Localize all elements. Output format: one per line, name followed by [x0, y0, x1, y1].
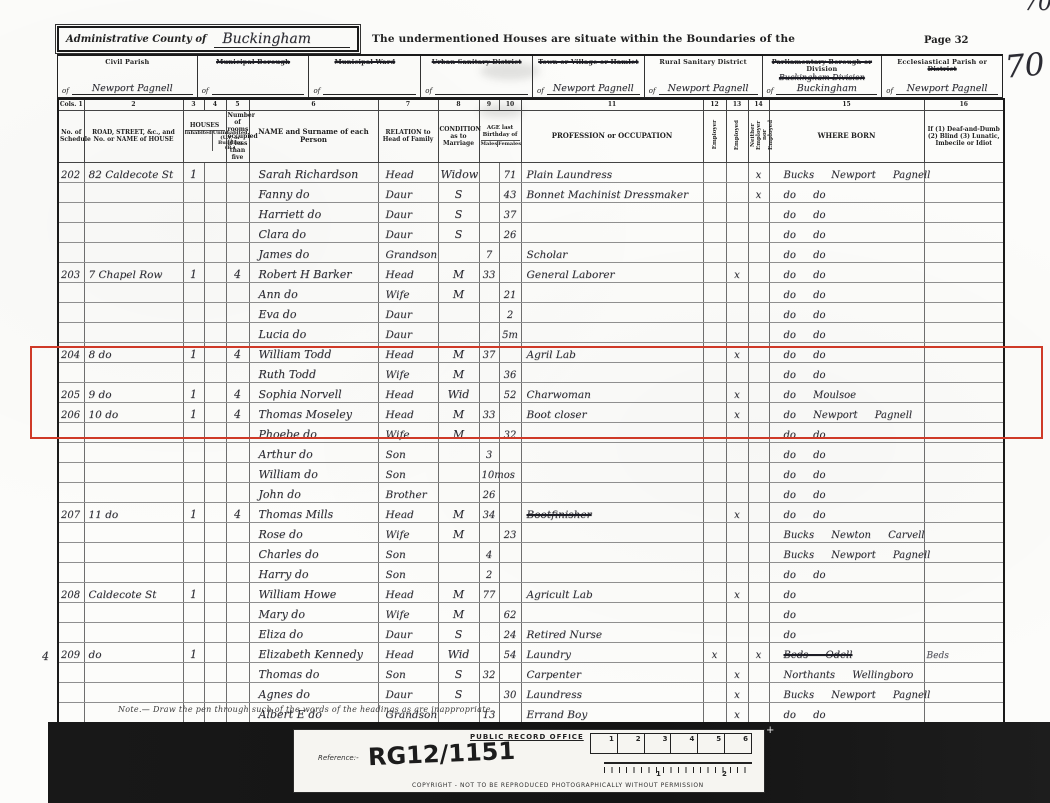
- cell-occ: [521, 202, 703, 222]
- cell-schedule: 202: [58, 162, 84, 182]
- cell-born: Bucks Newport Pagnell: [769, 682, 924, 702]
- cell-born: do do: [769, 222, 924, 242]
- cell-age_m: [479, 202, 499, 222]
- cell-relation: Daur: [378, 302, 438, 322]
- cell-name: Charles do: [249, 542, 378, 562]
- census-row: 209do1Elizabeth KennedyHeadWid54Laundryx…: [58, 642, 1004, 662]
- cell-age_f: 24: [499, 622, 521, 642]
- cell-age_m: 33: [479, 262, 499, 282]
- cell-employer: x: [703, 642, 726, 662]
- cell-name: John do: [249, 482, 378, 502]
- census-row: John doBrother26do do: [58, 482, 1004, 502]
- highlight-box: [30, 346, 1043, 439]
- cell-employer: [703, 322, 726, 342]
- cell-occ: Errand Boy: [521, 702, 703, 722]
- cell-occ: [521, 282, 703, 302]
- cell-address: [84, 522, 183, 542]
- cell-inh: [183, 662, 204, 682]
- census-row: Harry doSon2do do: [58, 562, 1004, 582]
- cell-age_m: [479, 622, 499, 642]
- header-houses: HOUSES Inhabited Uninhabited (U.), or Bu…: [183, 110, 226, 162]
- district-cell: Town or Village or HamletofNewport Pagne…: [533, 56, 645, 97]
- census-row: Thomas doSonS32CarpenterxNorthants Welli…: [58, 662, 1004, 682]
- cell-schedule: 207: [58, 502, 84, 522]
- cell-address: [84, 462, 183, 482]
- cell-address: [84, 202, 183, 222]
- cell-age_m: [479, 602, 499, 622]
- cell-relation: Wife: [378, 522, 438, 542]
- cell-inh: [183, 182, 204, 202]
- cm-ruler: 1 2: [604, 762, 752, 779]
- cell-rooms: 4: [226, 502, 249, 522]
- cell-infirm: [924, 542, 1004, 562]
- cell-occ: Bootfinisher: [521, 502, 703, 522]
- census-row: Lucia doDaur5mdo do: [58, 322, 1004, 342]
- cell-inh: [183, 522, 204, 542]
- cell-inh: [183, 542, 204, 562]
- cell-infirm: [924, 162, 1004, 182]
- cell-employer: [703, 262, 726, 282]
- cell-name: Fanny do: [249, 182, 378, 202]
- cell-neither: x: [748, 182, 769, 202]
- header-employed: Employed: [726, 110, 748, 162]
- cell-employer: [703, 662, 726, 682]
- district-cell: Parliamentary Borough orDivisionBuckingh…: [763, 56, 883, 97]
- cell-cond: [438, 562, 479, 582]
- cell-name: Lucia do: [249, 322, 378, 342]
- cell-relation: Daur: [378, 222, 438, 242]
- cell-age_m: [479, 182, 499, 202]
- cell-cond: S: [438, 182, 479, 202]
- cell-cond: Widow: [438, 162, 479, 182]
- census-row: Charles doSon4Bucks Newport Pagnell: [58, 542, 1004, 562]
- cell-rooms: [226, 162, 249, 182]
- cell-age_m: 32: [479, 662, 499, 682]
- cell-infirm: [924, 522, 1004, 542]
- cell-infirm: [924, 662, 1004, 682]
- cell-relation: Head: [378, 582, 438, 602]
- cell-age_f: 62: [499, 602, 521, 622]
- cell-employer: [703, 282, 726, 302]
- cell-address: [84, 562, 183, 582]
- col-number: 15: [769, 99, 924, 110]
- crop-mark: +: [766, 725, 774, 736]
- census-row: James doGrandson7Scholardo do: [58, 242, 1004, 262]
- col-number: 6: [249, 99, 378, 110]
- cell-neither: [748, 542, 769, 562]
- cell-uninh: [204, 222, 226, 242]
- cell-relation: Daur: [378, 682, 438, 702]
- header-occupation: PROFESSION or OCCUPATION: [521, 110, 703, 162]
- cell-inh: [183, 302, 204, 322]
- cell-name: James do: [249, 242, 378, 262]
- cell-employed: x: [726, 502, 748, 522]
- header-where-born: WHERE BORN: [769, 110, 924, 162]
- header-name: NAME and Surname of each Person: [249, 110, 378, 162]
- cell-schedule: 203: [58, 262, 84, 282]
- cell-relation: Daur: [378, 182, 438, 202]
- cell-address: [84, 442, 183, 462]
- cell-age_f: 23: [499, 522, 521, 542]
- cell-inh: [183, 482, 204, 502]
- cell-name: Robert H Barker: [249, 262, 378, 282]
- county-label: Administrative County of: [66, 34, 206, 45]
- col-number: 14: [748, 99, 769, 110]
- col-number: 12: [703, 99, 726, 110]
- cell-name: Sarah Richardson: [249, 162, 378, 182]
- col-number: 5: [226, 99, 249, 110]
- cell-employed: x: [726, 262, 748, 282]
- col-number: 7: [378, 99, 438, 110]
- cell-schedule: 209: [58, 642, 84, 662]
- census-row: 2037 Chapel Row14Robert H BarkerHeadM33G…: [58, 262, 1004, 282]
- cell-address: [84, 282, 183, 302]
- cell-neither: [748, 682, 769, 702]
- cell-infirm: [924, 442, 1004, 462]
- cell-occ: [521, 302, 703, 322]
- inch-ruler-segment: 1: [591, 734, 618, 753]
- cell-age_f: 71: [499, 162, 521, 182]
- cell-relation: Wife: [378, 282, 438, 302]
- cell-rooms: [226, 582, 249, 602]
- cell-inh: 1: [183, 502, 204, 522]
- cell-name: Harry do: [249, 562, 378, 582]
- cell-age_m: [479, 522, 499, 542]
- col-number: Cols. 1: [58, 99, 84, 110]
- record-office-card: PUBLIC RECORD OFFICE Reference:- RG12/11…: [293, 729, 765, 793]
- cell-age_m: 4: [479, 542, 499, 562]
- cell-rooms: [226, 462, 249, 482]
- census-row: 20282 Caldecote St1Sarah RichardsonHeadW…: [58, 162, 1004, 182]
- cell-address: [84, 662, 183, 682]
- col-number: 13: [726, 99, 748, 110]
- cell-cond: S: [438, 662, 479, 682]
- cell-schedule: [58, 522, 84, 542]
- cell-neither: [748, 282, 769, 302]
- cell-uninh: [204, 582, 226, 602]
- cell-infirm: [924, 222, 1004, 242]
- cell-occ: Scholar: [521, 242, 703, 262]
- district-cell: Civil ParishofNewport Pagnell: [58, 56, 198, 97]
- cell-rooms: [226, 442, 249, 462]
- cell-uninh: [204, 262, 226, 282]
- census-row: Clara doDaurS26do do: [58, 222, 1004, 242]
- census-row: Eliza doDaurS24Retired Nursedo: [58, 622, 1004, 642]
- cell-address: [84, 482, 183, 502]
- cell-schedule: [58, 482, 84, 502]
- cell-occ: Carpenter: [521, 662, 703, 682]
- cell-age_m: [479, 282, 499, 302]
- copyright-line: COPYRIGHT - NOT TO BE REPRODUCED PHOTOGR…: [412, 782, 704, 789]
- cell-infirm: [924, 582, 1004, 602]
- cell-cond: M: [438, 282, 479, 302]
- col-number: 11: [521, 99, 703, 110]
- cell-name: Agnes do: [249, 682, 378, 702]
- cell-employed: [726, 482, 748, 502]
- cell-inh: 1: [183, 642, 204, 662]
- cell-employed: [726, 602, 748, 622]
- cell-infirm: [924, 482, 1004, 502]
- cell-occ: Laundress: [521, 682, 703, 702]
- cell-employer: [703, 502, 726, 522]
- column-numbers-row: Cols. 12345678910111213141516: [58, 99, 1004, 110]
- corner-page-number-top: 70: [1024, 0, 1050, 16]
- district-cell: Municipal Wardof: [309, 56, 421, 97]
- cell-neither: [748, 702, 769, 722]
- cell-inh: 1: [183, 162, 204, 182]
- cell-inh: [183, 602, 204, 622]
- cell-relation: Head: [378, 162, 438, 182]
- census-row: Fanny doDaurS43Bonnet Machinist Dressmak…: [58, 182, 1004, 202]
- cell-cond: M: [438, 262, 479, 282]
- margin-mark: 4: [42, 650, 49, 663]
- cell-occ: Bonnet Machinist Dressmaker: [521, 182, 703, 202]
- cell-name: Ann do: [249, 282, 378, 302]
- cell-born: do do: [769, 462, 924, 482]
- cell-occ: [521, 542, 703, 562]
- col-number: 16: [924, 99, 1004, 110]
- cell-born: do do: [769, 242, 924, 262]
- inch-ruler-segment: 6: [725, 734, 751, 753]
- cell-rooms: [226, 482, 249, 502]
- cell-uninh: [204, 562, 226, 582]
- cell-address: [84, 322, 183, 342]
- cell-relation: Daur: [378, 622, 438, 642]
- cell-rooms: [226, 222, 249, 242]
- cell-neither: [748, 322, 769, 342]
- cell-inh: [183, 242, 204, 262]
- cell-neither: [748, 202, 769, 222]
- cell-name: Mary do: [249, 602, 378, 622]
- cell-rooms: [226, 622, 249, 642]
- cell-employed: x: [726, 582, 748, 602]
- cell-age_m: 2: [479, 562, 499, 582]
- cell-schedule: [58, 662, 84, 682]
- cell-uninh: [204, 682, 226, 702]
- administrative-county-box: Administrative County of Buckingham: [57, 26, 359, 52]
- cell-address: [84, 542, 183, 562]
- cell-age_m: 34: [479, 502, 499, 522]
- cell-age_f: [499, 502, 521, 522]
- cell-name: Eliza do: [249, 622, 378, 642]
- cell-employer: [703, 242, 726, 262]
- cell-uninh: [204, 282, 226, 302]
- cell-inh: [183, 202, 204, 222]
- cell-schedule: 208: [58, 582, 84, 602]
- cell-cond: S: [438, 622, 479, 642]
- cell-rooms: [226, 562, 249, 582]
- cell-infirm: [924, 202, 1004, 222]
- cell-born: do do: [769, 482, 924, 502]
- cell-born: do do: [769, 442, 924, 462]
- cell-employer: [703, 442, 726, 462]
- cell-relation: Brother: [378, 482, 438, 502]
- cell-name: Rose do: [249, 522, 378, 542]
- cell-age_f: 21: [499, 282, 521, 302]
- cell-employed: [726, 542, 748, 562]
- cell-inh: [183, 442, 204, 462]
- cell-schedule: [58, 622, 84, 642]
- cell-uninh: [204, 482, 226, 502]
- cell-name: Harriett do: [249, 202, 378, 222]
- cell-rooms: [226, 642, 249, 662]
- cell-neither: [748, 222, 769, 242]
- cell-cond: M: [438, 502, 479, 522]
- cell-name: Thomas do: [249, 662, 378, 682]
- cell-employed: [726, 302, 748, 322]
- footer-note: Note.— Draw the pen through such of the …: [118, 705, 494, 714]
- cell-age_f: 30: [499, 682, 521, 702]
- cell-inh: [183, 322, 204, 342]
- cell-age_m: [479, 682, 499, 702]
- cell-age_f: [499, 242, 521, 262]
- cell-employer: [703, 202, 726, 222]
- cell-rooms: [226, 202, 249, 222]
- header-employer: Employer: [703, 110, 726, 162]
- cell-schedule: [58, 182, 84, 202]
- cell-uninh: [204, 622, 226, 642]
- cell-infirm: [924, 682, 1004, 702]
- cell-born: do do: [769, 502, 924, 522]
- cell-employed: [726, 522, 748, 542]
- cell-employer: [703, 522, 726, 542]
- cell-employed: x: [726, 682, 748, 702]
- cell-age_m: [479, 642, 499, 662]
- cell-schedule: [58, 222, 84, 242]
- census-row: Eva doDaur2do do: [58, 302, 1004, 322]
- cell-relation: Son: [378, 562, 438, 582]
- cell-schedule: [58, 202, 84, 222]
- cell-infirm: [924, 602, 1004, 622]
- cell-name: Clara do: [249, 222, 378, 242]
- cell-age_f: [499, 262, 521, 282]
- cell-uninh: [204, 442, 226, 462]
- header-road-street: ROAD, STREET, &c., and No. or NAME of HO…: [84, 110, 183, 162]
- cell-rooms: [226, 182, 249, 202]
- cell-age_m: 10mos: [479, 462, 499, 482]
- cell-rooms: [226, 302, 249, 322]
- cell-schedule: [58, 242, 84, 262]
- cell-occ: [521, 222, 703, 242]
- cell-employed: [726, 442, 748, 462]
- cell-age_m: 77: [479, 582, 499, 602]
- cell-age_f: 26: [499, 222, 521, 242]
- cell-born: Bucks Newport Pagnell: [769, 162, 924, 182]
- cell-neither: [748, 582, 769, 602]
- cell-name: William do: [249, 462, 378, 482]
- cell-age_m: [479, 162, 499, 182]
- cell-occ: [521, 442, 703, 462]
- cell-address: [84, 182, 183, 202]
- census-row: Mary doWifeM62do: [58, 602, 1004, 622]
- cell-schedule: [58, 682, 84, 702]
- cell-relation: Daur: [378, 322, 438, 342]
- cell-uninh: [204, 242, 226, 262]
- cell-rooms: [226, 602, 249, 622]
- inch-ruler-segment: 5: [698, 734, 725, 753]
- cell-name: Eva do: [249, 302, 378, 322]
- cell-born: do do: [769, 562, 924, 582]
- cell-infirm: [924, 182, 1004, 202]
- cell-age_m: 26: [479, 482, 499, 502]
- cell-inh: [183, 462, 204, 482]
- cell-occ: [521, 462, 703, 482]
- cell-employer: [703, 602, 726, 622]
- cell-infirm: [924, 302, 1004, 322]
- cell-neither: [748, 242, 769, 262]
- cell-infirm: [924, 262, 1004, 282]
- cell-relation: Head: [378, 262, 438, 282]
- cell-neither: [748, 562, 769, 582]
- boundaries-text: The undermentioned Houses are situate wi…: [372, 33, 795, 45]
- cell-employed: [726, 282, 748, 302]
- column-headers-row: No. of Schedule ROAD, STREET, &c., and N…: [58, 110, 1004, 162]
- cell-schedule: [58, 602, 84, 622]
- cell-employer: [703, 682, 726, 702]
- cell-born: Beds Odell: [769, 642, 924, 662]
- cell-age_f: [499, 702, 521, 722]
- cell-rooms: [226, 322, 249, 342]
- cell-address: Caldecote St: [84, 582, 183, 602]
- cell-neither: [748, 262, 769, 282]
- cell-inh: [183, 282, 204, 302]
- cell-born: do: [769, 582, 924, 602]
- cell-employed: [726, 462, 748, 482]
- cell-neither: [748, 662, 769, 682]
- cell-age_m: 3: [479, 442, 499, 462]
- cell-relation: Daur: [378, 202, 438, 222]
- cell-employed: [726, 222, 748, 242]
- cell-cond: [438, 462, 479, 482]
- cell-address: 82 Caldecote St: [84, 162, 183, 182]
- cell-age_m: [479, 222, 499, 242]
- cell-occ: Retired Nurse: [521, 622, 703, 642]
- cell-age_m: [479, 302, 499, 322]
- cell-name: Thomas Mills: [249, 502, 378, 522]
- cell-uninh: [204, 462, 226, 482]
- inch-ruler: 123456: [590, 733, 752, 754]
- cell-schedule: [58, 542, 84, 562]
- cell-name: William Howe: [249, 582, 378, 602]
- header-rooms: Number of rooms occupied if less than fi…: [226, 110, 249, 162]
- cell-employer: [703, 162, 726, 182]
- cell-name: Arthur do: [249, 442, 378, 462]
- cell-cond: [438, 442, 479, 462]
- cell-cond: [438, 302, 479, 322]
- cell-schedule: [58, 702, 84, 722]
- scan-smudge: [480, 62, 540, 80]
- cell-neither: [748, 502, 769, 522]
- cell-uninh: [204, 202, 226, 222]
- census-row: Agnes doDaurS30LaundressxBucks Newport P…: [58, 682, 1004, 702]
- cell-neither: [748, 302, 769, 322]
- cell-neither: x: [748, 642, 769, 662]
- cell-employed: [726, 162, 748, 182]
- cell-schedule: [58, 322, 84, 342]
- cell-inh: [183, 222, 204, 242]
- cm-ruler-label: 1: [656, 770, 661, 778]
- cell-employed: x: [726, 702, 748, 722]
- cell-cond: M: [438, 522, 479, 542]
- cell-neither: [748, 522, 769, 542]
- cell-age_f: [499, 562, 521, 582]
- district-cell: Rural Sanitary DistrictofNewport Pagnell: [645, 56, 763, 97]
- cell-uninh: [204, 182, 226, 202]
- inch-ruler-segment: 2: [618, 734, 645, 753]
- cell-employed: [726, 202, 748, 222]
- cell-employer: [703, 562, 726, 582]
- cell-address: [84, 682, 183, 702]
